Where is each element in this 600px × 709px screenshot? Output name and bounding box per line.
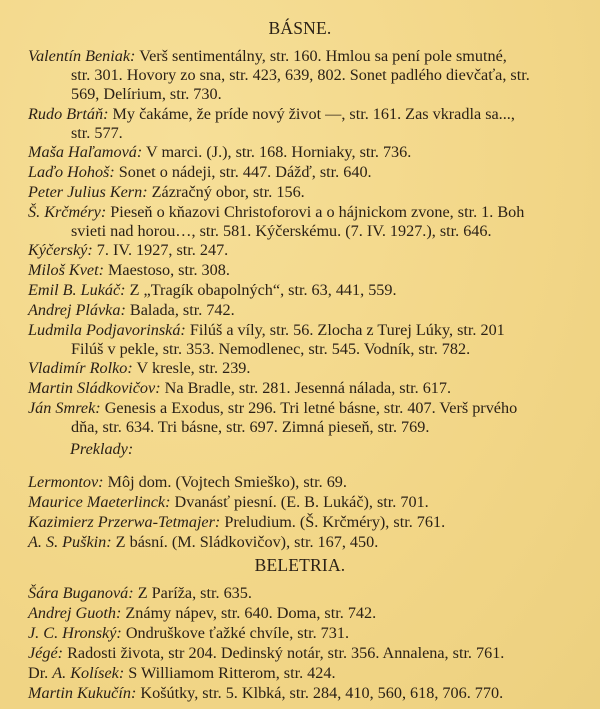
entry: J. C. Hronský: Ondruškove ťažké chvíle, … (28, 624, 578, 643)
entry: Š. Krčméry: Pieseň o kňazovi Christoforo… (28, 203, 578, 241)
entry: Martin Kukučín: Košútky, str. 5. Klbká, … (28, 684, 578, 703)
works: Sonet o nádeji, str. 447. Dážď, str. 640… (119, 163, 372, 181)
works: Na Bradle, str. 281. Jesenná nálada, str… (165, 379, 451, 397)
works-cont: svieti nad horou…, str. 581. Kýčerskému.… (28, 222, 578, 241)
works: Zázračný obor, str. 156. (152, 183, 305, 201)
entry: Jégé: Radosti života, str 204. Dedinský … (28, 644, 578, 663)
works-cont: Filúš v pekle, str. 353. Nemodlenec, str… (28, 340, 578, 359)
works-cont: str. 577. (28, 124, 578, 143)
author: Maurice Maeterlinck: (28, 493, 170, 511)
entry: Šára Buganová: Z Paríža, str. 635. (28, 584, 578, 603)
author: Martin Kukučín: (28, 684, 136, 702)
translation-entry: Lermontov: Môj dom. (Vojtech Smieško), s… (28, 473, 578, 492)
translation-entry: A. S. Puškin: Z básní. (M. Sládkovičov),… (28, 533, 578, 552)
entry: Laďo Hohoš: Sonet o nádeji, str. 447. Dá… (28, 163, 578, 182)
works: Maestoso, str. 308. (108, 261, 230, 279)
entry: Peter Julius Kern: Zázračný obor, str. 1… (28, 183, 578, 202)
author: Lermontov: (28, 473, 104, 491)
author: Maša Haľamová: (28, 143, 142, 161)
works: Z básní. (M. Sládkovičov), str. 167, 450… (116, 533, 379, 551)
author: Peter Julius Kern: (28, 183, 148, 201)
author: Šára Buganová: (28, 584, 134, 602)
works: S Williamom Ritterom, str. 424. (128, 664, 335, 682)
works: Môj dom. (Vojtech Smieško), str. 69. (108, 473, 347, 491)
author: Emil B. Lukáč: (28, 281, 126, 299)
author: Š. Krčméry: (28, 203, 106, 221)
works: Preludium. (Š. Krčméry), str. 761. (224, 513, 445, 531)
author: Andrej Guoth: (28, 604, 121, 622)
works: Pieseň o kňazovi Christoforovi a o hájni… (110, 203, 524, 221)
entry: Andrej Plávka: Balada, str. 742. (28, 301, 578, 320)
works: Verš sentimentálny, str. 160. Hmlou sa p… (139, 47, 507, 65)
works-cont: str. 301. Hovory zo sna, str. 423, 639, … (28, 66, 578, 85)
works-cont: dňa, str. 634. Tri básne, str. 697. Zimn… (28, 418, 578, 437)
works: V kresle, str. 239. (137, 359, 251, 377)
works: Z „Tragík obapolných“, str. 63, 441, 559… (130, 281, 397, 299)
entry: Ján Smrek: Genesis a Exodus, str 296. Tr… (28, 399, 578, 437)
works: Filúš a víly, str. 56. Zlocha z Turej Lú… (190, 321, 505, 339)
entry: Martin Sládkovičov: Na Bradle, str. 281.… (28, 379, 578, 398)
works-cont: 569, Delírium, str. 730. (28, 85, 578, 104)
author: Miloš Kvet: (28, 261, 104, 279)
author: Rudo Brtáň: (28, 105, 108, 123)
entry: Emil B. Lukáč: Z „Tragík obapolných“, st… (28, 281, 578, 300)
entry: Andrej Guoth: Známy nápev, str. 640. Dom… (28, 604, 578, 623)
works: Genesis a Exodus, str 296. Tri letné bás… (105, 399, 517, 417)
section-title-basne: BÁSNE. (0, 18, 600, 39)
translation-entry: Kazimierz Przerwa-Tetmajer: Preludium. (… (28, 513, 578, 532)
section-title-beletria: BELETRIA. (0, 555, 600, 576)
author: Vladimír Rolko: (28, 359, 133, 377)
entry: Miloš Kvet: Maestoso, str. 308. (28, 261, 578, 280)
works: Balada, str. 742. (130, 301, 235, 319)
works: Radosti života, str 204. Dedinský notár,… (67, 644, 504, 662)
works: V marci. (J.), str. 168. Horniaky, str. … (146, 143, 411, 161)
works: Dvanásť piesní. (E. B. Lukáč), str. 701. (175, 493, 429, 511)
author: Andrej Plávka: (28, 301, 126, 319)
author: Kazimierz Przerwa-Tetmajer: (28, 513, 220, 531)
author: Ludmila Podjavorinská: (28, 321, 186, 339)
works: My čakáme, že príde nový život —, str. 1… (113, 105, 515, 123)
entry: Dr. A. Kolísek: S Williamom Ritterom, st… (28, 664, 578, 683)
entry: Rudo Brtáň: My čakáme, že príde nový živ… (28, 105, 578, 143)
works: Košútky, str. 5. Klbká, str. 284, 410, 5… (140, 684, 503, 702)
works: Známy nápev, str. 640. Doma, str. 742. (125, 604, 376, 622)
entry: Ludmila Podjavorinská: Filúš a víly, str… (28, 321, 578, 359)
author: A. S. Puškin: (28, 533, 112, 551)
author: Ján Smrek: (28, 399, 101, 417)
entry: Valentín Beniak: Verš sentimentálny, str… (28, 47, 578, 104)
prefix: Dr. (28, 664, 48, 682)
subheading-preklady: Preklady: (70, 440, 133, 459)
author: Martin Sládkovičov: (28, 379, 161, 397)
works: Z Paríža, str. 635. (138, 584, 252, 602)
works: Ondruškove ťažké chvíle, str. 731. (126, 624, 349, 642)
author: J. C. Hronský: (28, 624, 122, 642)
author: Jégé: (28, 644, 63, 662)
author: A. Kolísek: (52, 664, 124, 682)
entry: Kýčerský: 7. IV. 1927, str. 247. (28, 241, 578, 260)
document-page: BÁSNE. Valentín Beniak: Verš sentimentál… (0, 0, 600, 709)
works: 7. IV. 1927, str. 247. (97, 241, 228, 259)
translation-entry: Maurice Maeterlinck: Dvanásť piesní. (E.… (28, 493, 578, 512)
entry: Vladimír Rolko: V kresle, str. 239. (28, 359, 578, 378)
entry: Maša Haľamová: V marci. (J.), str. 168. … (28, 143, 578, 162)
author: Laďo Hohoš: (28, 163, 115, 181)
author: Kýčerský: (28, 241, 93, 259)
author: Valentín Beniak: (28, 47, 135, 65)
